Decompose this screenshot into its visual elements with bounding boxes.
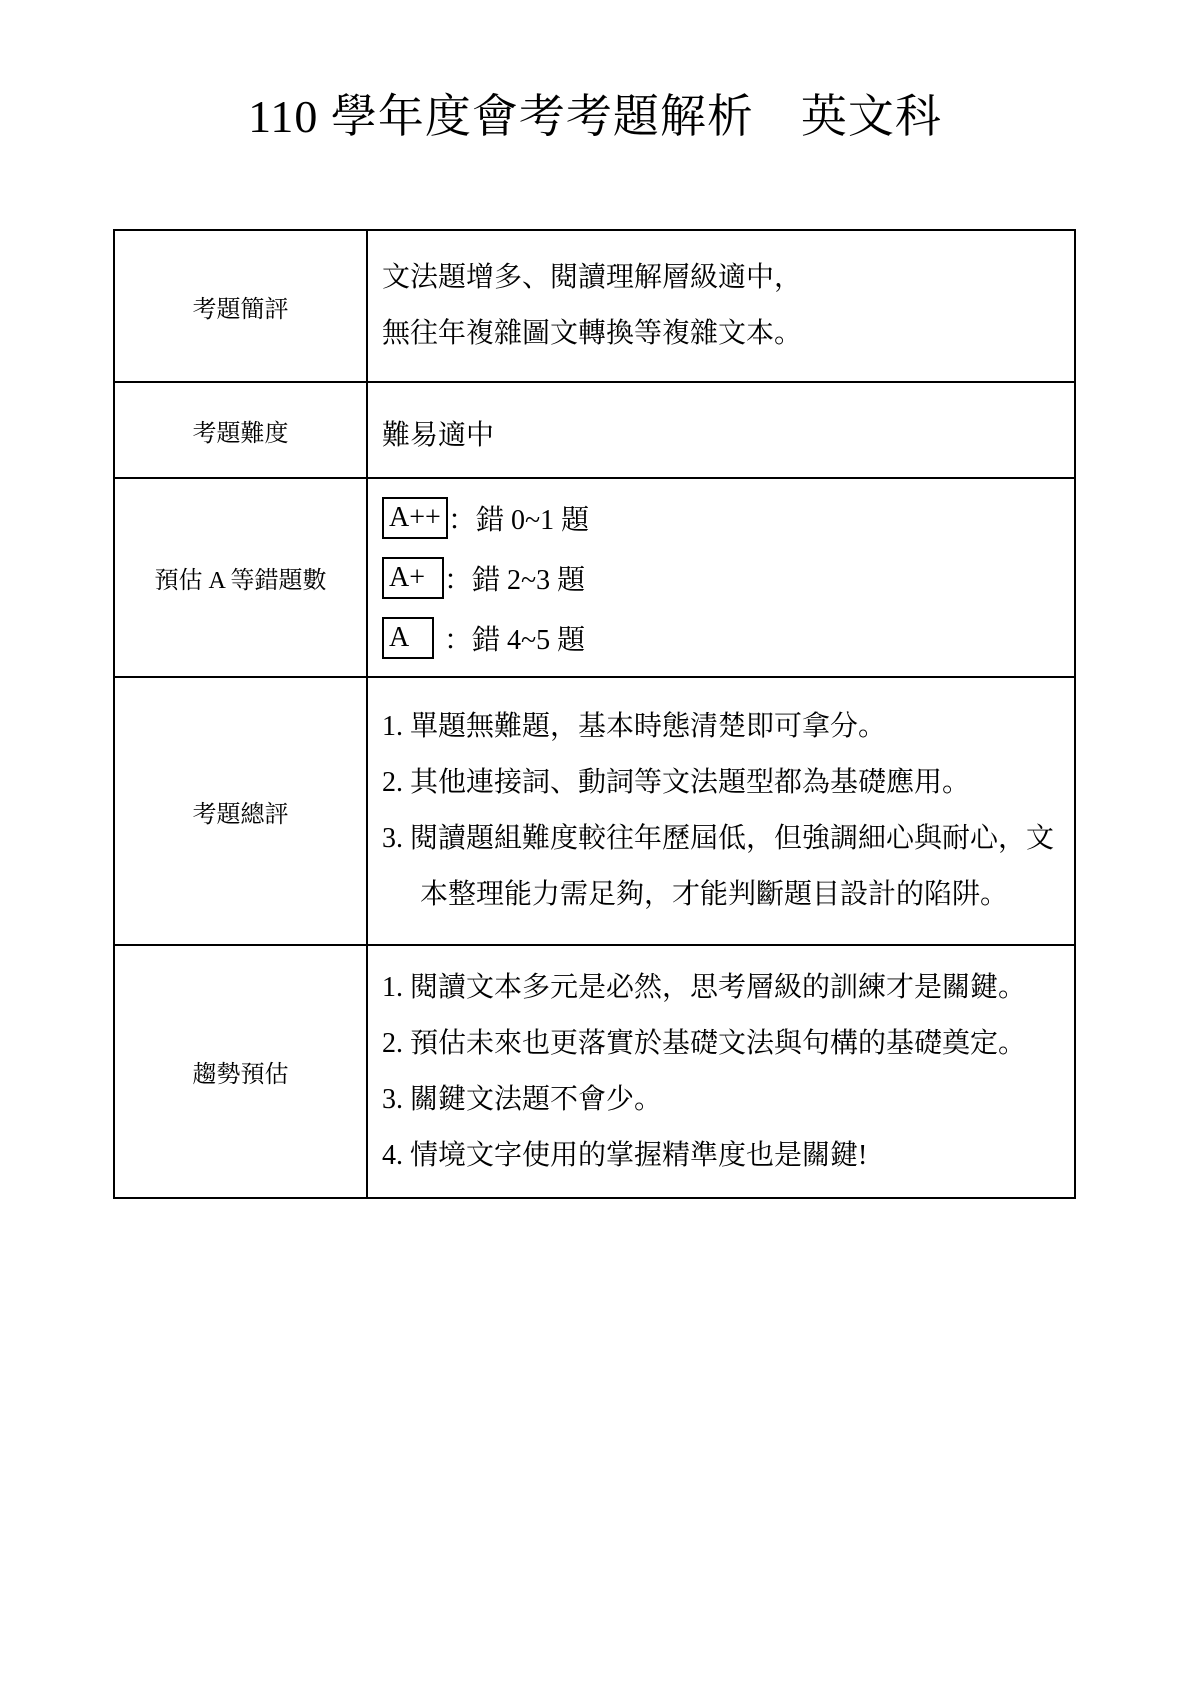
row-trend-forecast: 趨勢預估 1. 閱讀文本多元是必然，思考層級的訓練才是關鍵。 2. 預估未來也更… [115, 944, 1074, 1197]
grade-box-a: A [382, 617, 434, 659]
row-label: 考題難度 [115, 383, 368, 477]
row-content: 1. 閱讀文本多元是必然，思考層級的訓練才是關鍵。 2. 預估未來也更落實於基礎… [368, 946, 1074, 1197]
content-line: 4. 情境文字使用的掌握精準度也是關鍵! [382, 1128, 1066, 1184]
exam-analysis-table: 考題簡評 文法題增多、閱讀理解層級適中， 無往年複雜圖文轉換等複雜文本。 考題難… [113, 229, 1076, 1199]
row-label: 趨勢預估 [115, 946, 368, 1197]
content-line: 2. 預估未來也更落實於基礎文法與句構的基礎奠定。 [382, 1016, 1066, 1072]
content-line-continuation: 本整理能力需足夠，才能判斷題目設計的陷阱。 [382, 867, 1066, 923]
content-line: 文法題增多、閱讀理解層級適中， [382, 250, 1066, 306]
row-label: 考題總評 [115, 678, 368, 944]
row-estimated-a-grade-errors: 預估 A 等錯題數 A++ ：錯 0~1 題 A+ ：錯 2~3 題 A ：錯 … [115, 477, 1074, 676]
content-line: 3. 閱讀題組難度較往年歷屆低，但強調細心與耐心，文 [382, 811, 1066, 867]
grade-text: ：錯 2~3 題 [444, 558, 585, 598]
content-line: 1. 閱讀文本多元是必然，思考層級的訓練才是關鍵。 [382, 960, 1066, 1016]
row-content: 文法題增多、閱讀理解層級適中， 無往年複雜圖文轉換等複雜文本。 [368, 231, 1074, 381]
row-content: 1. 單題無難題，基本時態清楚即可拿分。 2. 其他連接詞、動詞等文法題型都為基… [368, 678, 1074, 944]
row-overall-review: 考題總評 1. 單題無難題，基本時態清楚即可拿分。 2. 其他連接詞、動詞等文法… [115, 676, 1074, 944]
row-label: 考題簡評 [115, 231, 368, 381]
grade-line-a-plus: A+ ：錯 2~3 題 [382, 557, 1066, 599]
row-content: A++ ：錯 0~1 題 A+ ：錯 2~3 題 A ：錯 4~5 題 [368, 479, 1074, 676]
grade-text: ：錯 4~5 題 [444, 618, 585, 658]
row-brief-review: 考題簡評 文法題增多、閱讀理解層級適中， 無往年複雜圖文轉換等複雜文本。 [115, 231, 1074, 381]
grade-line-a: A ：錯 4~5 題 [382, 617, 1066, 659]
row-label: 預估 A 等錯題數 [115, 479, 368, 676]
grade-box-a-plus-plus: A++ [382, 497, 448, 539]
grade-box-a-plus: A+ [382, 557, 444, 599]
grade-text: ：錯 0~1 題 [448, 498, 589, 538]
content-line: 難易適中 [382, 408, 1066, 464]
content-line: 3. 關鍵文法題不會少。 [382, 1072, 1066, 1128]
row-content: 難易適中 [368, 383, 1074, 477]
content-line: 2. 其他連接詞、動詞等文法題型都為基礎應用。 [382, 755, 1066, 811]
content-line: 無往年複雜圖文轉換等複雜文本。 [382, 306, 1066, 362]
row-difficulty: 考題難度 難易適中 [115, 381, 1074, 477]
page-title: 110 學年度會考考題解析 英文科 [0, 80, 1190, 146]
content-line: 1. 單題無難題，基本時態清楚即可拿分。 [382, 699, 1066, 755]
grade-line-a-plus-plus: A++ ：錯 0~1 題 [382, 497, 1066, 539]
